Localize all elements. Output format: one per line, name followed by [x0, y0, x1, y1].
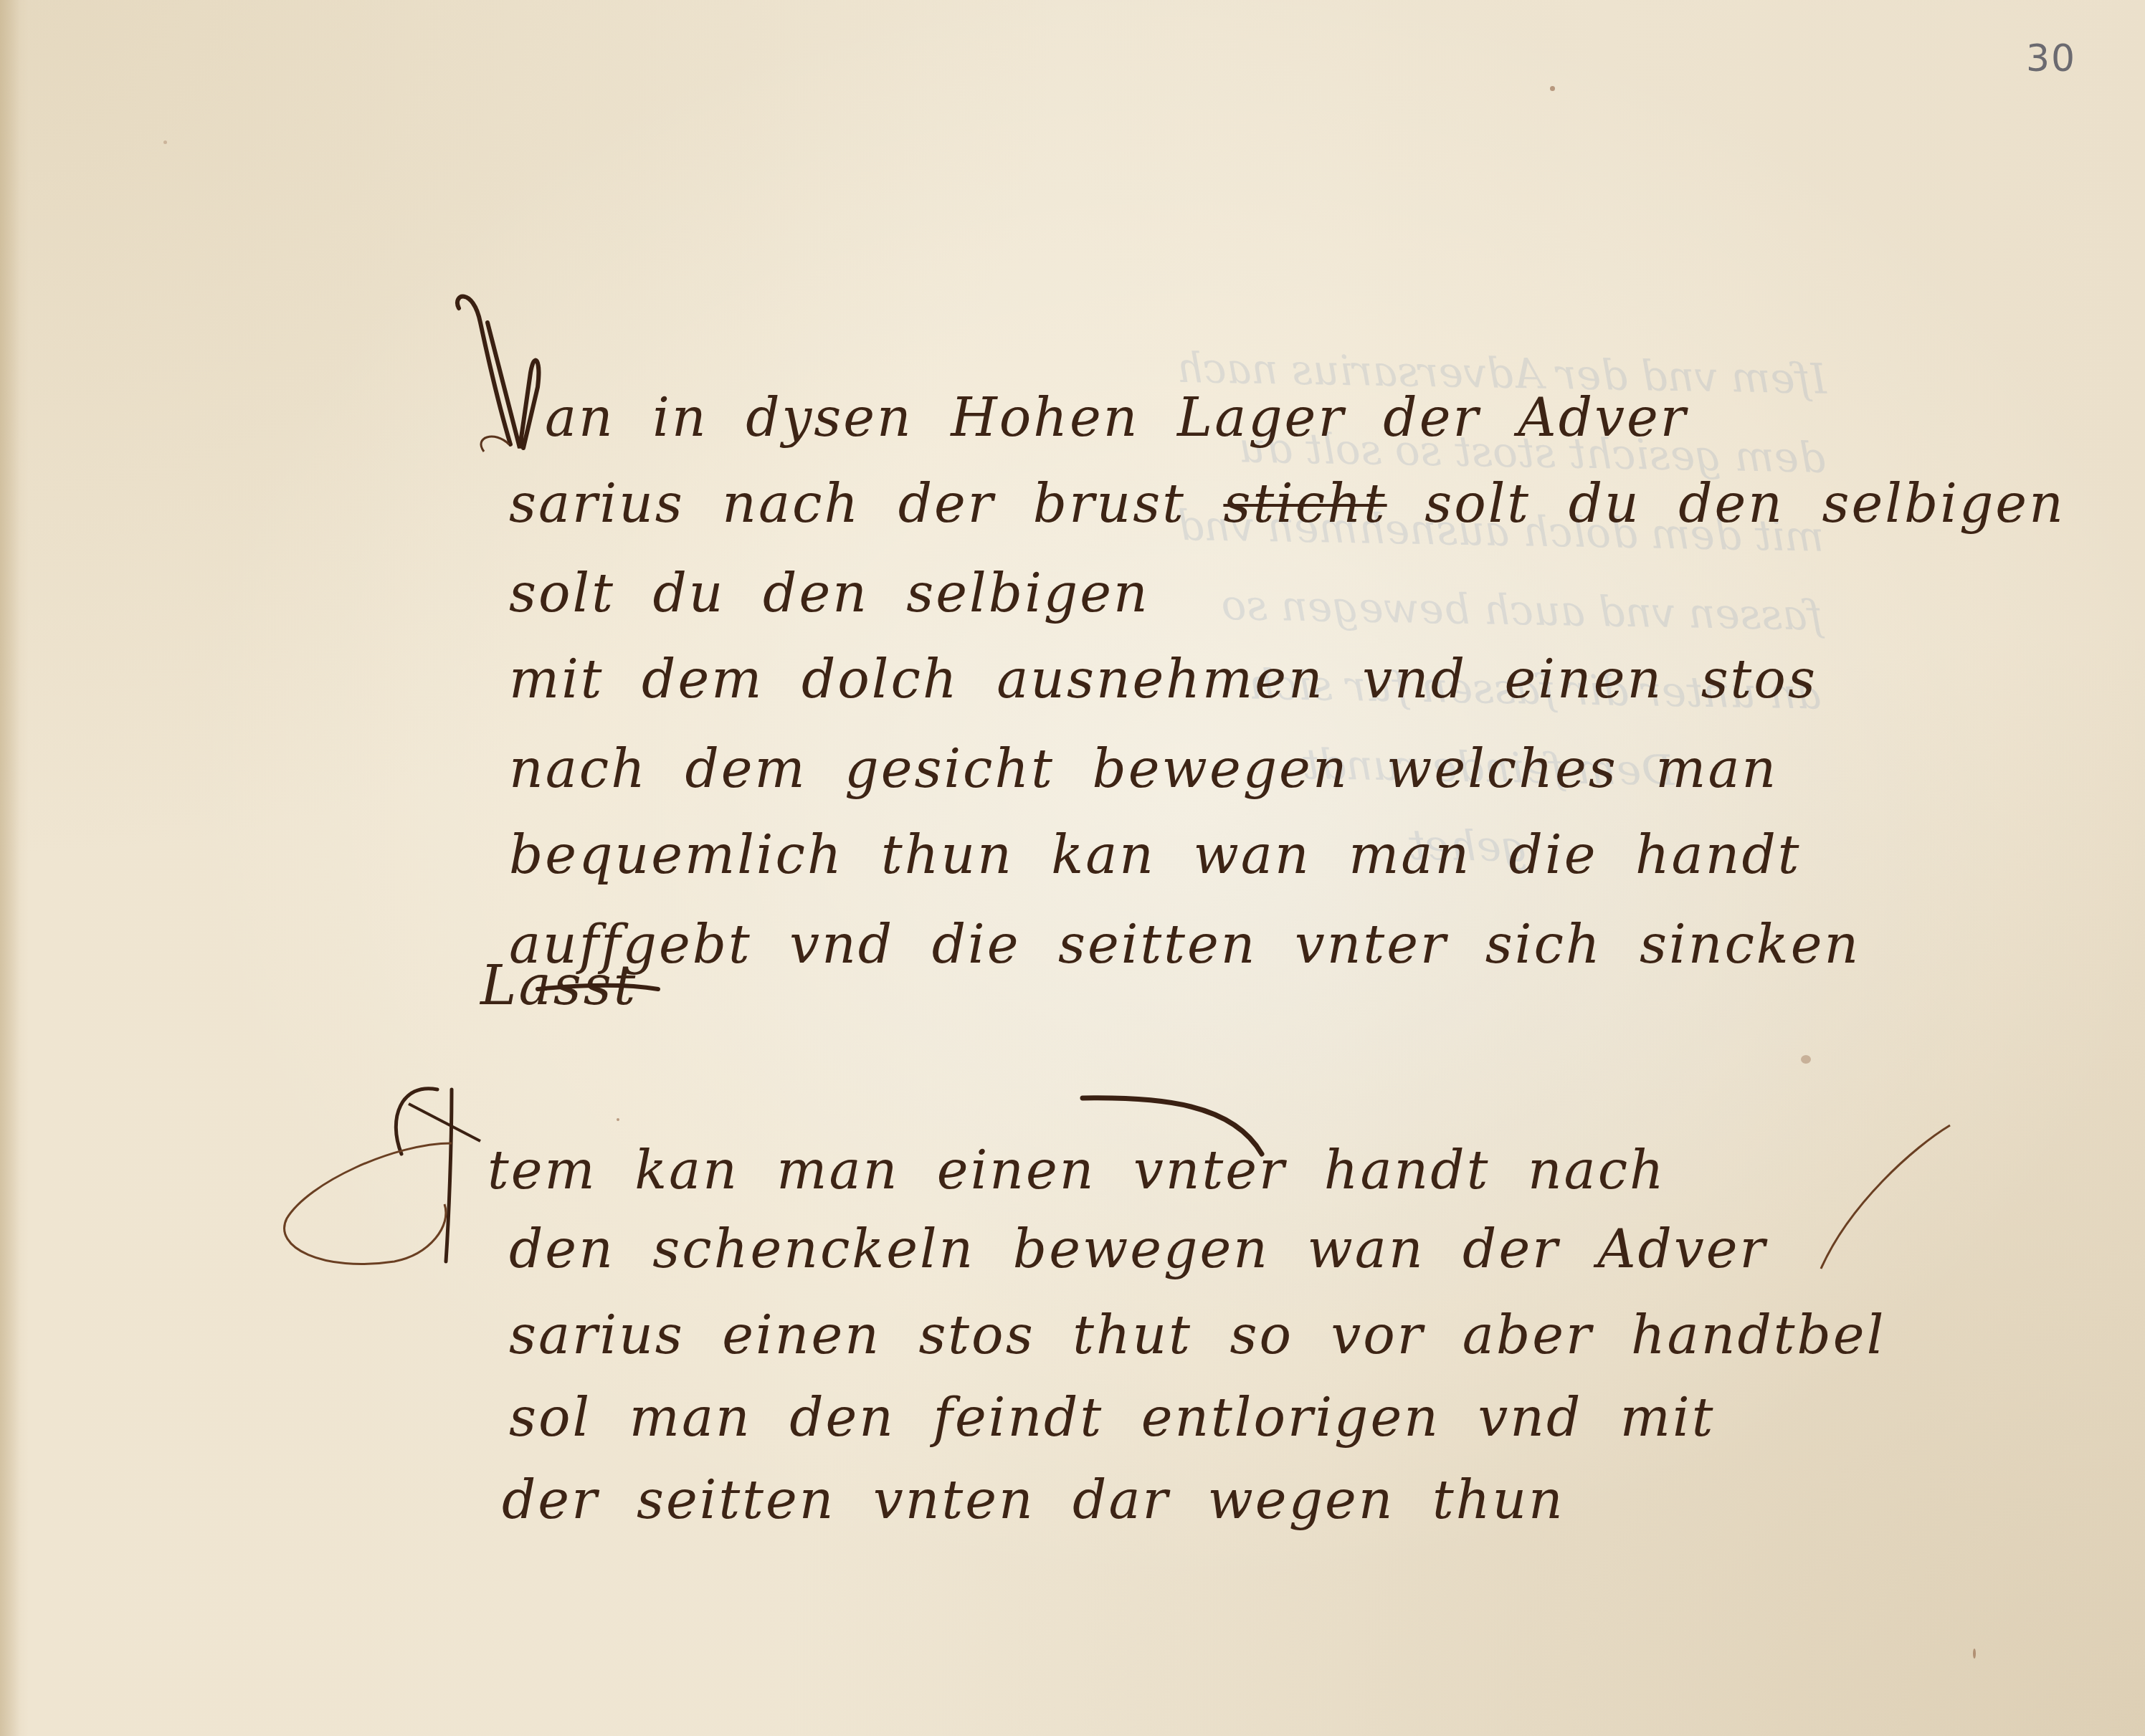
manuscript-line: nach dem gesicht bewegen welches man	[509, 738, 1778, 800]
manuscript-line: sol man den feindt entlorigen vnd mit	[509, 1387, 1715, 1449]
manuscript-line: auffgebt vnd die seitten vnter sich sinc…	[509, 914, 1860, 976]
manuscript-line: tem kan man einen vnter handt nach	[487, 1140, 1666, 1201]
folio-number: 30	[2026, 37, 2076, 80]
page-binding-edge	[0, 0, 20, 1736]
manuscript-line: mit dem dolch ausnehmen vnd einen stos	[509, 649, 1817, 710]
paper-speck	[1973, 1649, 1976, 1659]
manuscript-line: an in dysen Hohen Lager der Adver	[545, 387, 1688, 449]
paper-speck	[163, 140, 167, 144]
manuscript-words: solt du den selbigen	[1425, 473, 2065, 535]
manuscript-line: Lasst	[480, 953, 637, 1017]
paper-speck	[1550, 86, 1555, 91]
manuscript-line: bequemlich thun kan wan man die handt	[509, 824, 1802, 886]
initial-w-flourish	[452, 294, 559, 459]
manuscript-line: sarius einen stos thut so vor aber handt…	[509, 1305, 1885, 1366]
paper-speck	[617, 1118, 619, 1121]
manuscript-line: solt du den selbigen	[509, 563, 1150, 624]
struck-through-word: sticht	[1223, 473, 1387, 535]
manuscript-line: den schenckeln bewegen wan der Adver	[509, 1218, 1767, 1280]
word-flourish	[1807, 1118, 1964, 1276]
paper-stain	[1801, 1055, 1811, 1064]
manuscript-line: der seitten vnten dar wegen thun	[502, 1469, 1565, 1531]
manuscript-words: sarius nach der brust	[509, 473, 1186, 535]
manuscript-page: Ifem vnd der Adversarius nach dem gesich…	[0, 0, 2145, 1736]
manuscript-line: sarius nach der brust sticht solt du den…	[509, 473, 2065, 535]
